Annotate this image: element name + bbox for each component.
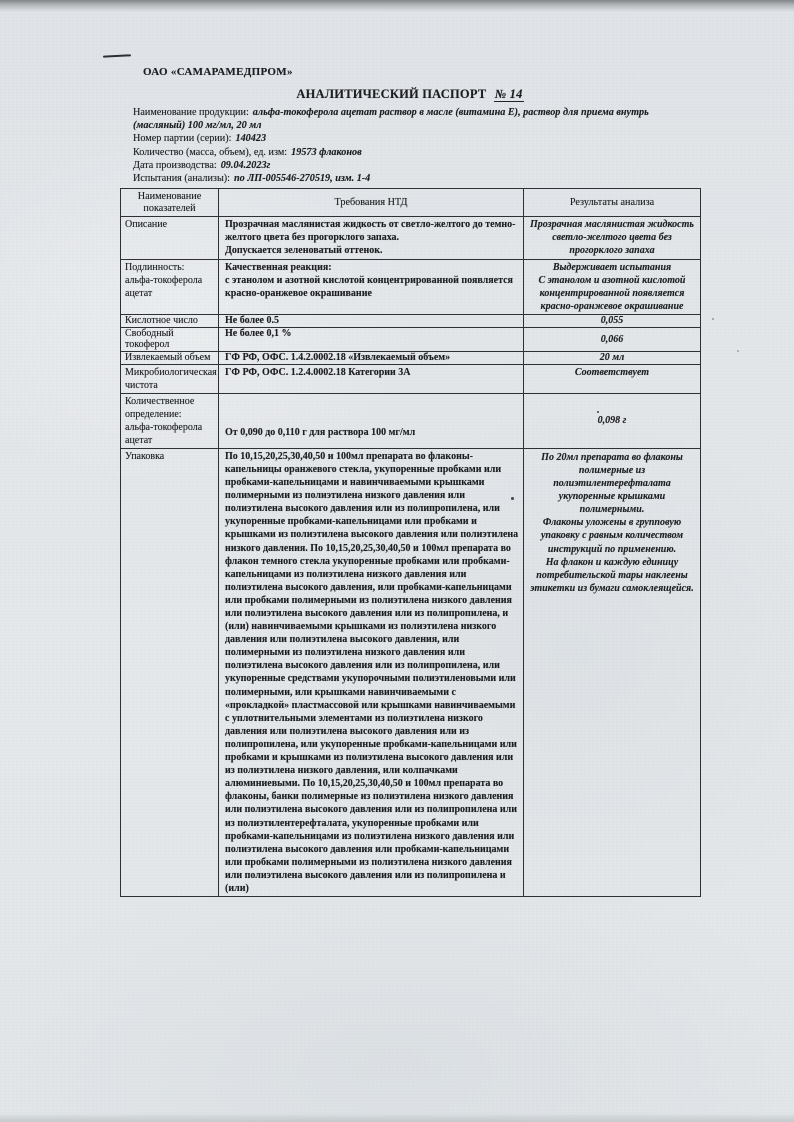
- field-label: Дата производства:: [133, 160, 217, 171]
- field-label: Номер партии (серии):: [133, 133, 231, 144]
- scan-speck: [737, 350, 739, 352]
- field-value: 140423: [235, 133, 266, 144]
- document-fields: Наименование продукции:альфа-токоферола …: [133, 106, 700, 185]
- requirement-text: По 10,15,20,25,30,40,50 и 100мл препарат…: [219, 448, 524, 896]
- indicator-name: Микробиологическая чистота: [121, 364, 219, 393]
- table-row: Количественное определение: альфа-токофе…: [121, 393, 701, 448]
- table-row: Микробиологическая чистота ГФ РФ, ОФС. 1…: [121, 364, 701, 393]
- column-header-indicator: Наименование показателей: [121, 189, 219, 217]
- requirement-text: Не более 0.5: [219, 314, 524, 327]
- field-tests: Испытания (анализы):по ЛП-005546-270519,…: [133, 172, 700, 185]
- document-title-text: АНАЛИТИЧЕСКИЙ ПАСПОРТ: [296, 87, 486, 101]
- company-name: ОАО «САМАРАМЕДПРОМ»: [143, 66, 700, 78]
- field-value: 19573 флаконов: [291, 147, 362, 158]
- requirement-text: Прозрачная маслянистая жидкость от светл…: [219, 217, 524, 259]
- table-header-row: Наименование показателей Требования НТД …: [121, 189, 701, 217]
- document-title: АНАЛИТИЧЕСКИЙ ПАСПОРТ № 14: [120, 87, 700, 102]
- indicator-name: Свободный токоферол: [121, 327, 219, 351]
- requirement-text: Качественная реакция: с этанолом и азотн…: [219, 259, 524, 314]
- field-product-name: Наименование продукции:альфа-токоферола …: [133, 106, 700, 132]
- result-text: По 20мл препарата во флаконы полимерные …: [524, 448, 701, 896]
- scan-speck: [712, 318, 714, 320]
- field-label: Наименование продукции:: [133, 107, 249, 118]
- scan-top-edge-shadow: [0, 0, 794, 12]
- field-value: 09.04.2023г: [221, 160, 271, 171]
- table-row: Подлинность: альфа-токоферола ацетат Кач…: [121, 259, 701, 314]
- requirement-text: ГФ РФ, ОФС. 1.2.4.0002.18 Категории 3А: [219, 364, 524, 393]
- scan-dash-artifact: [103, 54, 131, 58]
- indicator-name: Количественное определение: альфа-токофе…: [121, 393, 219, 448]
- field-label: Количество (масса, объем), ед. изм:: [133, 147, 287, 158]
- result-text: 0,055: [524, 314, 701, 327]
- scanned-document: { "header": { "company": "ОАО «САМАРАМЕД…: [0, 0, 794, 1122]
- indicator-name: Извлекаемый объем: [121, 351, 219, 364]
- result-text: 0,066: [524, 327, 701, 351]
- field-quantity: Количество (масса, объем), ед. изм:19573…: [133, 146, 700, 159]
- analysis-table: Наименование показателей Требования НТД …: [120, 188, 701, 897]
- table-row: Свободный токоферол Не более 0,1 % 0,066: [121, 327, 701, 351]
- table-row: Кислотное число Не более 0.5 0,055: [121, 314, 701, 327]
- result-text: Соответствует: [524, 364, 701, 393]
- requirement-text: От 0,090 до 0,110 г для раствора 100 мг/…: [219, 393, 524, 448]
- field-batch-number: Номер партии (серии):140423: [133, 132, 700, 145]
- indicator-name: Описание: [121, 217, 219, 259]
- table-row: Описание Прозрачная маслянистая жидкость…: [121, 217, 701, 259]
- indicator-name: Кислотное число: [121, 314, 219, 327]
- result-text: Прозрачная маслянистая жидкость светло-ж…: [524, 217, 701, 259]
- indicator-name: Подлинность: альфа-токоферола ацетат: [121, 259, 219, 314]
- result-text: 0,098 г: [524, 393, 701, 448]
- requirement-text: Не более 0,1 %: [219, 327, 524, 351]
- table-row: Упаковка По 10,15,20,25,30,40,50 и 100мл…: [121, 448, 701, 896]
- table-row: Извлекаемый объем ГФ РФ, ОФС. 1.4.2.0002…: [121, 351, 701, 364]
- field-label: Испытания (анализы):: [133, 173, 230, 184]
- document-number: № 14: [494, 87, 524, 102]
- requirement-text: ГФ РФ, ОФС. 1.4.2.0002.18 «Извлекаемый о…: [219, 351, 524, 364]
- indicator-name: Упаковка: [121, 448, 219, 896]
- result-text: 20 мл: [524, 351, 701, 364]
- scan-bottom-edge-shadow: [0, 1113, 794, 1122]
- column-header-results: Результаты анализа: [524, 189, 701, 217]
- field-production-date: Дата производства:09.04.2023г: [133, 159, 700, 172]
- document-body: ОАО «САМАРАМЕДПРОМ» АНАЛИТИЧЕСКИЙ ПАСПОР…: [120, 66, 700, 897]
- column-header-requirements: Требования НТД: [219, 189, 524, 217]
- result-text: Выдерживает испытания С этанолом и азотн…: [524, 259, 701, 314]
- field-value: по ЛП-005546-270519, изм. 1-4: [234, 173, 370, 184]
